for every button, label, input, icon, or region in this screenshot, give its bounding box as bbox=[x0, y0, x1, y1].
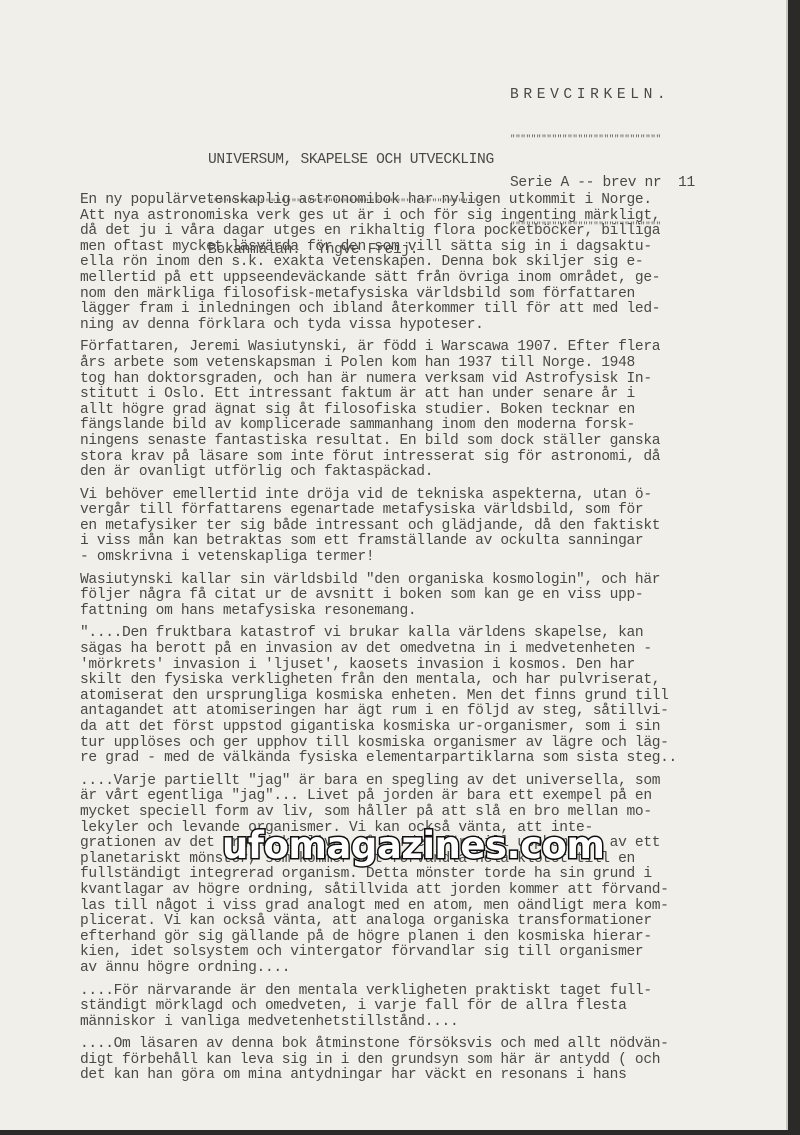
text-line: fängslande bild av komplicerade sammanha… bbox=[80, 418, 780, 434]
paragraph: ....Om läsaren av denna bok åtminstone f… bbox=[80, 1037, 780, 1084]
text-line: En ny populärvetenskaplig astronomibok h… bbox=[80, 193, 780, 209]
text-line: re grad - med de välkända fysiska elemen… bbox=[80, 751, 780, 767]
newsletter-name: BREVCIRKELN. bbox=[510, 87, 695, 104]
text-line: - omskrivna i vetenskapliga termer! bbox=[80, 550, 780, 566]
text-line: människor i vanliga medvetenhetstillstån… bbox=[80, 1015, 780, 1031]
text-line: Författaren, Jeremi Wasiutynski, är född… bbox=[80, 340, 780, 356]
paragraph: Vi behöver emellertid inte dröja vid de … bbox=[80, 488, 780, 566]
text-line: efterhand gör sig gällande på de högre p… bbox=[80, 930, 780, 946]
text-line: lägger fram i inledningen och ibland åte… bbox=[80, 302, 780, 318]
text-line: är vårt egentliga "jag"... Livet på jord… bbox=[80, 789, 780, 805]
text-line: ning av denna förklara och tyda vissa hy… bbox=[80, 318, 780, 334]
paragraph: ....För närvarande är den mentala verkli… bbox=[80, 984, 780, 1031]
text-line: Wasiutynski kallar sin världsbild "den o… bbox=[80, 573, 780, 589]
text-line: då det ju i våra dagar utges en rikhalti… bbox=[80, 224, 780, 240]
text-line: mellertid på ett uppseendeväckande sätt … bbox=[80, 271, 780, 287]
text-line: plicerat. Vi kan också vänta, att analog… bbox=[80, 914, 780, 930]
paragraph: En ny populärvetenskaplig astronomibok h… bbox=[80, 193, 780, 333]
text-line: den är ovanligt utförlig och faktaspäcka… bbox=[80, 465, 780, 481]
text-line: ständigt mörklagd och omedveten, i varje… bbox=[80, 999, 780, 1015]
text-line: en metafysiker ter sig både intressant o… bbox=[80, 519, 780, 535]
text-line: fattning om hans metafysiska resonemang. bbox=[80, 604, 780, 620]
text-line: det kan han göra om mina antydningar har… bbox=[80, 1068, 780, 1084]
text-line: av ännu högre ordning.... bbox=[80, 961, 780, 977]
document-page: BREVCIRKELN. """""""""""""""""""""""""""… bbox=[0, 0, 788, 1130]
text-line: men oftast mycket läsvärda för den som v… bbox=[80, 240, 780, 256]
text-line: Att nya astronomiska verk ges ut är i oc… bbox=[80, 209, 780, 225]
text-line: "....Den fruktbara katastrof vi brukar k… bbox=[80, 626, 780, 642]
text-line: vergår till författarens egenartade meta… bbox=[80, 503, 780, 519]
text-line: da att det först uppstod gigantiska kosm… bbox=[80, 720, 780, 736]
text-line: allt högre grad ägnat sig åt filosofiska… bbox=[80, 403, 780, 419]
text-line: ....För närvarande är den mentala verkli… bbox=[80, 984, 780, 1000]
text-line: mycket speciell form av liv, som håller … bbox=[80, 805, 780, 821]
header-ditto-underline-1: """"""""""""""""""""""""""""" bbox=[510, 135, 695, 144]
text-line: las till något i viss grad analogt med e… bbox=[80, 899, 780, 915]
text-line: 'mörkrets' invasion i 'ljuset', kaosets … bbox=[80, 658, 780, 674]
text-line: års arbete som vetenskapsman i Polen kom… bbox=[80, 356, 780, 372]
text-line: kien, idet solsystem och vintergator för… bbox=[80, 945, 780, 961]
text-line: ella rön inom den s.k. exakta vetenskape… bbox=[80, 255, 780, 271]
text-line: ....Varje partiellt "jag" är bara en spe… bbox=[80, 774, 780, 790]
series-number: Serie A -- brev nr 11 bbox=[510, 176, 695, 191]
paragraph: ....Varje partiellt "jag" är bara en spe… bbox=[80, 774, 780, 977]
text-line: antagandet att atomiseringen har ägt rum… bbox=[80, 704, 780, 720]
text-line: skilt den fysiska verkligheten från den … bbox=[80, 673, 780, 689]
text-line: stora krav på läsare som inte förut intr… bbox=[80, 450, 780, 466]
article-body: En ny populärvetenskaplig astronomibok h… bbox=[80, 193, 780, 1091]
text-line: stitutt i Oslo. Ett intressant faktum är… bbox=[80, 387, 780, 403]
page-edge-shadow bbox=[786, 0, 788, 1130]
watermark: ufomagazines.com bbox=[222, 826, 604, 866]
text-line: tur upplöses och ger upphov till kosmisk… bbox=[80, 736, 780, 752]
text-line: i viss mån kan betraktas som ett framstä… bbox=[80, 534, 780, 550]
text-line: tog han doktorsgraden, och han är numera… bbox=[80, 372, 780, 388]
text-line: nom den märkliga filosofisk-metafysiska … bbox=[80, 287, 780, 303]
text-line: följer några få citat ur de avsnitt i bo… bbox=[80, 588, 780, 604]
text-line: kvantlagar av högre ordning, såtillvida … bbox=[80, 883, 780, 899]
text-line: sägas ha berott på en invasion av det om… bbox=[80, 642, 780, 658]
text-line: digt förbehåll kan leva sig in i den gru… bbox=[80, 1053, 780, 1069]
text-line: fullständigt integrerad organism. Detta … bbox=[80, 867, 780, 883]
text-line: Vi behöver emellertid inte dröja vid de … bbox=[80, 488, 780, 504]
paragraph: Författaren, Jeremi Wasiutynski, är född… bbox=[80, 340, 780, 480]
text-line: ....Om läsaren av denna bok åtminstone f… bbox=[80, 1037, 780, 1053]
article-title: UNIVERSUM, SKAPELSE OCH UTVECKLING bbox=[208, 152, 494, 168]
paragraph: "....Den fruktbara katastrof vi brukar k… bbox=[80, 626, 780, 766]
text-line: ningens senaste fantastiska resultat. En… bbox=[80, 434, 780, 450]
text-line: atomiserat den ursprungliga kosmiska enh… bbox=[80, 689, 780, 705]
paragraph: Wasiutynski kallar sin världsbild "den o… bbox=[80, 573, 780, 620]
